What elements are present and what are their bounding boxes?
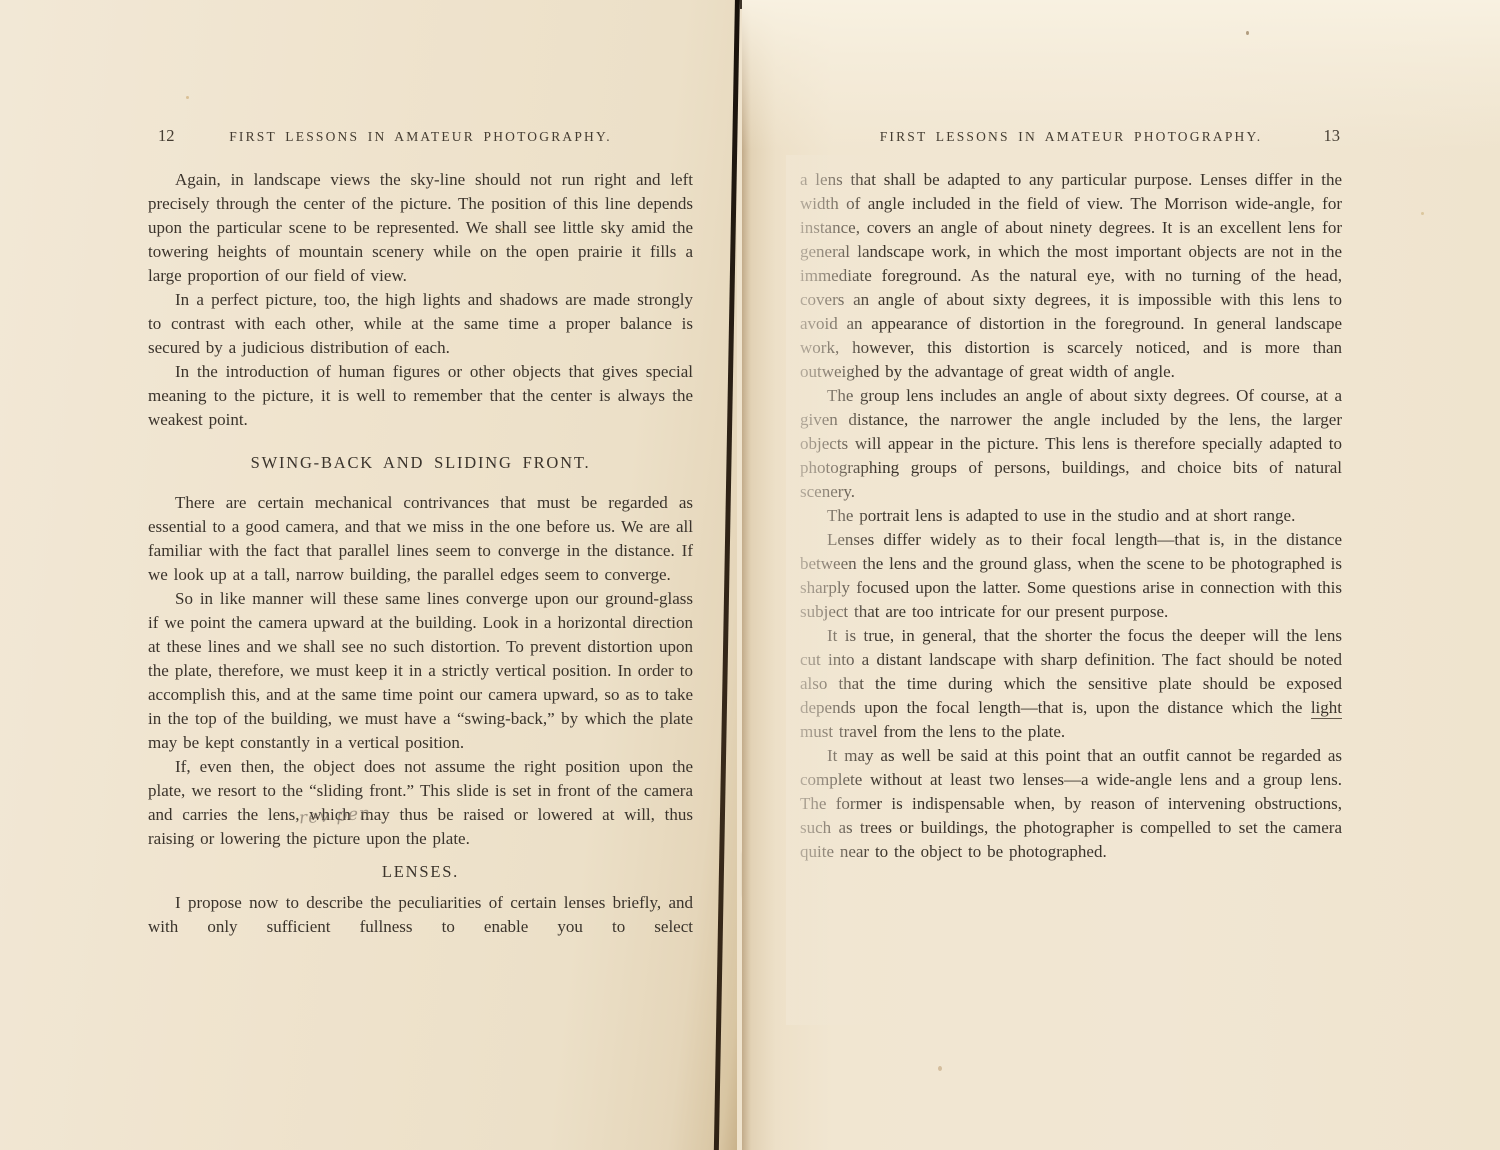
paragraph: So in like manner will these same lines … <box>148 587 693 755</box>
left-page: 12 FIRST LESSONS IN AMATEUR PHOTOGRAPHY.… <box>0 0 737 1150</box>
page-number: 13 <box>1324 126 1341 146</box>
paragraph: Lenses differ widely as to their focal l… <box>800 528 1342 624</box>
paragraph: It may as well be said at this point tha… <box>800 744 1342 864</box>
paragraph: In the introduction of human figures or … <box>148 360 693 432</box>
paper-speck <box>500 228 504 231</box>
section-heading-lenses: LENSES. <box>148 862 693 882</box>
paragraph: There are certain mechanical contrivance… <box>148 491 693 587</box>
right-page-content: FIRST LESSONS IN AMATEUR PHOTOGRAPHY. 13… <box>800 126 1342 864</box>
right-page: FIRST LESSONS IN AMATEUR PHOTOGRAPHY. 13… <box>742 0 1500 1150</box>
paragraph: If, even then, the object does not assum… <box>148 755 693 851</box>
section-heading-swing-back: SWING-BACK AND SLIDING FRONT. <box>148 453 693 473</box>
paragraph-text: It is true, in general, that the shorter… <box>800 626 1342 717</box>
paragraph: The portrait lens is adapted to use in t… <box>800 504 1342 528</box>
paragraph: a lens that shall be adapted to any part… <box>800 168 1342 384</box>
underlined-word: light <box>1311 698 1342 719</box>
running-head-right: FIRST LESSONS IN AMATEUR PHOTOGRAPHY. 13 <box>800 126 1342 148</box>
running-header-title: FIRST LESSONS IN AMATEUR PHOTOGRAPHY. <box>800 129 1342 145</box>
paragraph: I propose now to describe the peculiarit… <box>148 891 693 939</box>
paragraph-text: must travel from the lens to the plate. <box>800 722 1065 741</box>
paper-speck <box>1246 31 1249 35</box>
paragraph: The group lens includes an angle of abou… <box>800 384 1342 504</box>
book-scan: 12 FIRST LESSONS IN AMATEUR PHOTOGRAPHY.… <box>0 0 1500 1150</box>
paper-speck <box>1421 212 1424 215</box>
paragraph: In a perfect picture, too, the high ligh… <box>148 288 693 360</box>
left-page-content: 12 FIRST LESSONS IN AMATEUR PHOTOGRAPHY.… <box>148 126 693 939</box>
paragraph: It is true, in general, that the shorter… <box>800 624 1342 744</box>
paragraph: Again, in landscape views the sky-line s… <box>148 168 693 288</box>
paper-speck <box>938 1066 942 1071</box>
running-head-left: 12 FIRST LESSONS IN AMATEUR PHOTOGRAPHY. <box>148 126 693 148</box>
running-header-title: FIRST LESSONS IN AMATEUR PHOTOGRAPHY. <box>148 129 693 145</box>
paper-speck <box>186 96 189 99</box>
